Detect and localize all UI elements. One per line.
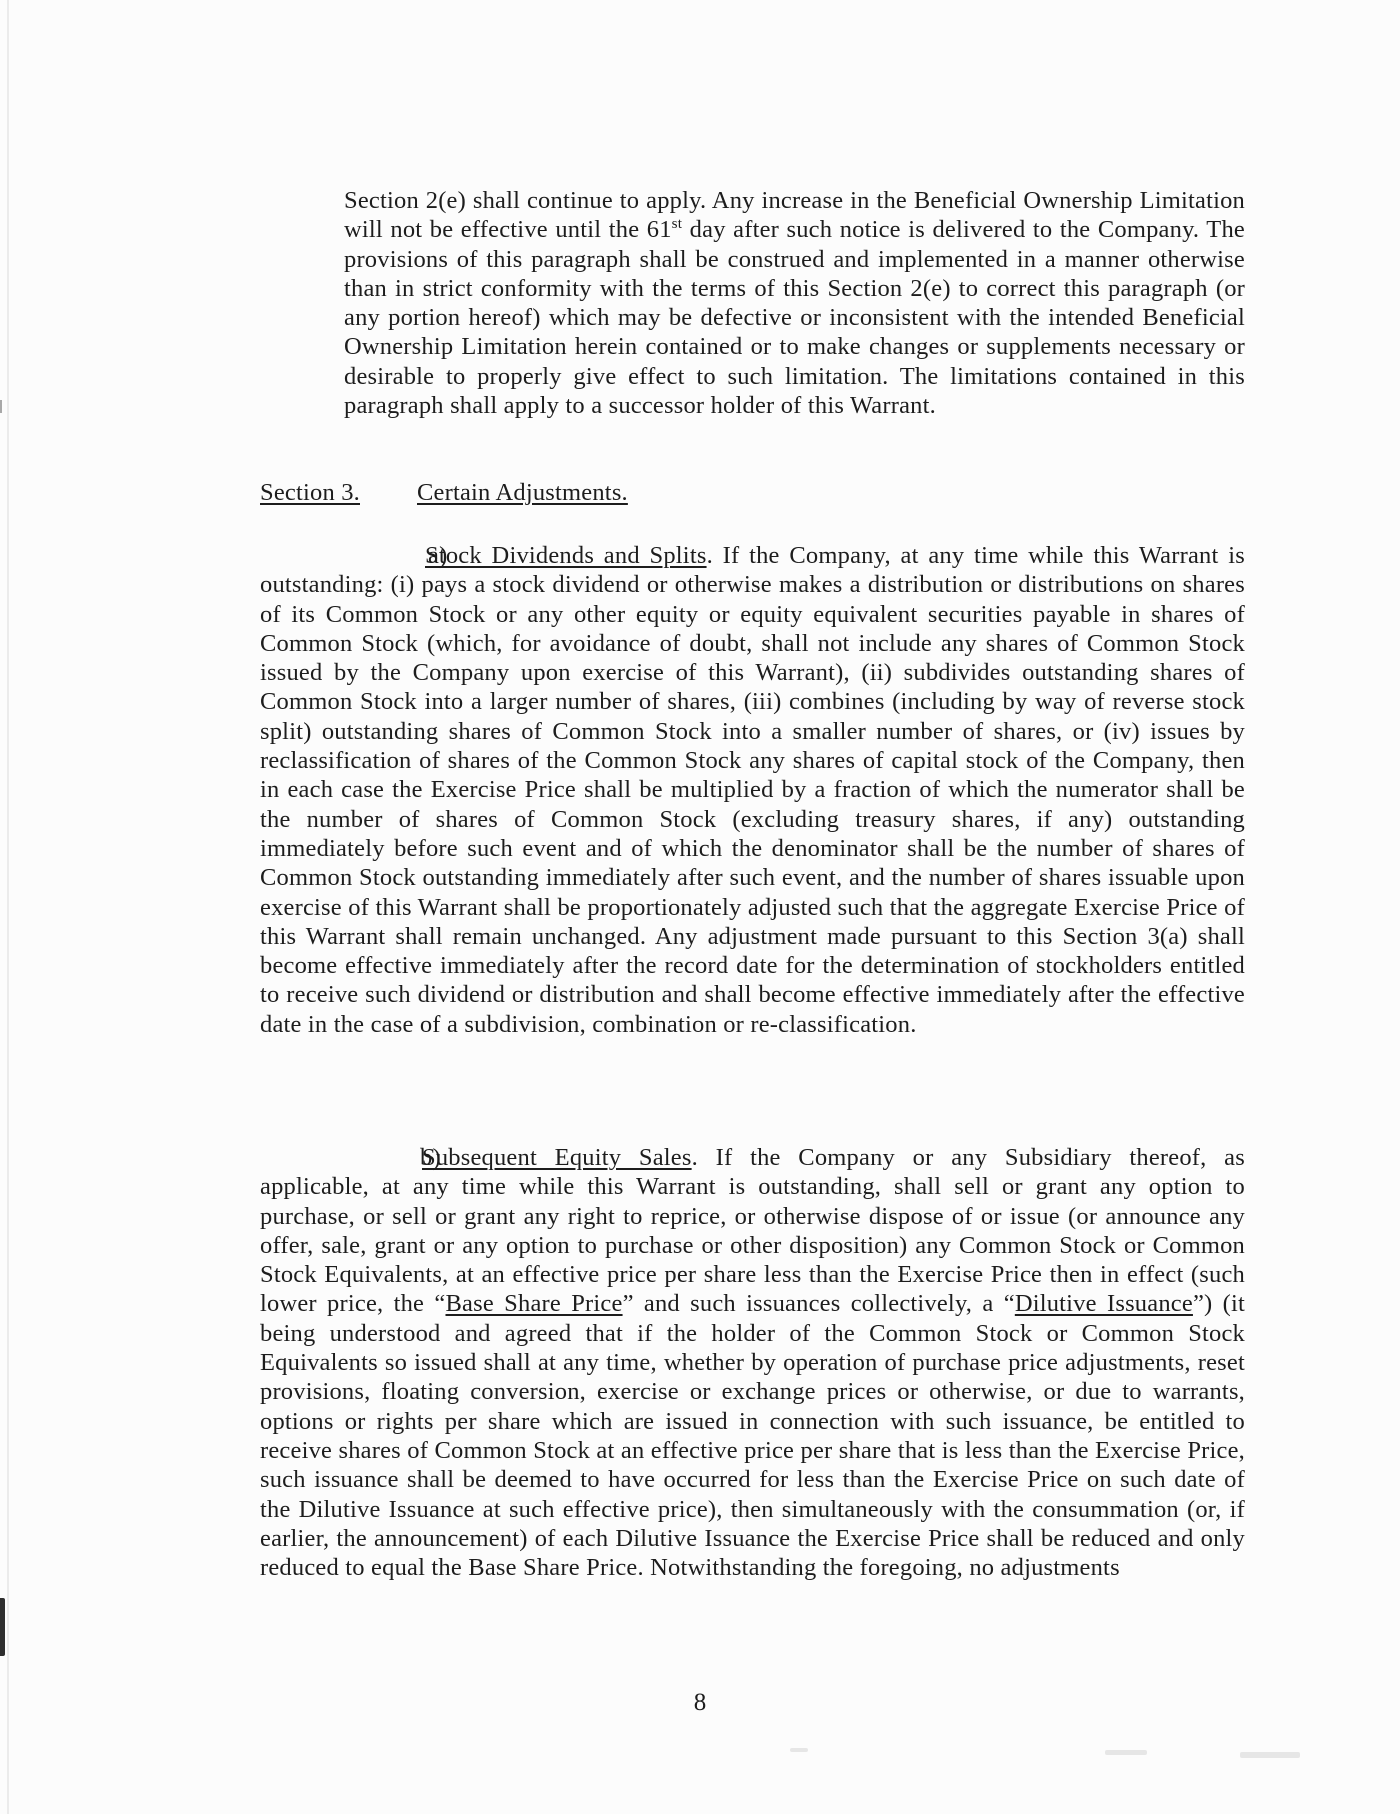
- defined-term-base-share-price: Base Share Price: [445, 1290, 622, 1317]
- scan-edge-smudge: [0, 1598, 5, 1656]
- section-3-heading: Section 3.Certain Adjustments.: [260, 478, 628, 507]
- paragraph-b-heading: Subsequent Equity Sales: [422, 1144, 692, 1171]
- paragraph-a-body: . If the Company, at any time while this…: [260, 542, 1245, 1038]
- document-page: Section 2(e) shall continue to apply. An…: [0, 0, 1400, 1814]
- scan-noise-speck: [1105, 1750, 1147, 1755]
- scan-edge-line: [7, 0, 9, 1814]
- intro-paragraph-text-end: day after such notice is delivered to th…: [344, 216, 1245, 419]
- intro-paragraph: Section 2(e) shall continue to apply. An…: [344, 186, 1245, 420]
- scan-noise-speck: [790, 1748, 808, 1752]
- paragraph-a-heading: Stock Dividends and Splits: [425, 542, 707, 569]
- paragraph-b-body-2: ” and such issuances collectively, a “: [623, 1290, 1015, 1317]
- paragraph-b: b)Subsequent Equity Sales. If the Compan…: [260, 1143, 1245, 1582]
- paragraph-a-marker: a): [344, 541, 425, 570]
- ordinal-superscript: st: [672, 215, 683, 232]
- paragraph-b-body-3: ”) (it being understood and agreed that …: [260, 1290, 1245, 1581]
- paragraph-a: a)Stock Dividends and Splits. If the Com…: [260, 541, 1245, 1039]
- scan-edge-tick: [0, 400, 2, 413]
- section-3-label: Section 3.: [260, 479, 360, 506]
- paragraph-b-marker: b): [340, 1143, 422, 1172]
- scan-noise-speck: [1240, 1752, 1300, 1758]
- page-number: 8: [0, 1688, 1400, 1718]
- defined-term-dilutive-issuance: Dilutive Issuance: [1015, 1290, 1193, 1317]
- section-3-title: Certain Adjustments.: [417, 479, 628, 506]
